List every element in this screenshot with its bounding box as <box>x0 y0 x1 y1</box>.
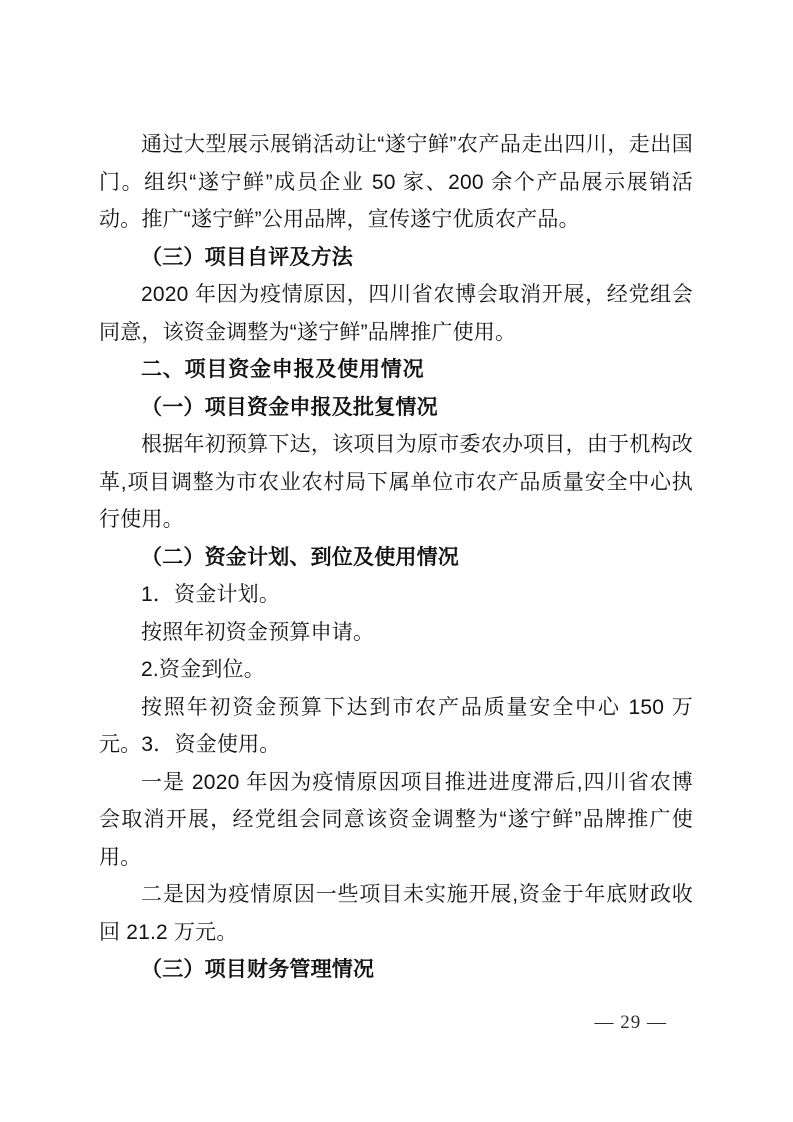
heading-project-self-evaluation: （三）项目自评及方法 <box>99 239 693 277</box>
page-number: — 29 — <box>595 1012 668 1034</box>
paragraph-brand-promotion: 通过大型展示展销活动让“遂宁鲜”农产品走出四川，走出国门。组织“遂宁鲜”成员企业… <box>99 126 693 239</box>
document-page: 通过大型展示展销活动让“遂宁鲜”农产品走出四川，走出国门。组织“遂宁鲜”成员企业… <box>0 0 793 1122</box>
heading-fund-declaration-approval: （一）项目资金申报及批复情况 <box>99 389 693 427</box>
paragraph-budget-allocation: 根据年初预算下达，该项目为原市委农办项目，由于机构改革,项目调整为市农业农村局下… <box>99 426 693 539</box>
paragraph-item-1-fund-plan: 1．资金计划。 <box>99 576 693 614</box>
document-body: 通过大型展示展销活动让“遂宁鲜”农产品走出四川，走出国门。组织“遂宁鲜”成员企业… <box>99 126 693 989</box>
paragraph-budget-application: 按照年初资金预算申请。 <box>99 614 693 652</box>
paragraph-fund-adjustment-reason: 2020 年因为疫情原因，四川省农博会取消开展，经党组会同意，该资金调整为“遂宁… <box>99 276 693 351</box>
paragraph-fund-use-second: 二是因为疫情原因一些项目未实施开展,资金于年底财政收回 21.2 万元。 <box>99 876 693 951</box>
paragraph-item-2-fund-arrival: 2.资金到位。 <box>99 651 693 689</box>
heading-project-financial-management: （三）项目财务管理情况 <box>99 951 693 989</box>
heading-section-2-fund-declaration-usage: 二、项目资金申报及使用情况 <box>99 351 693 389</box>
paragraph-fund-allocation-150: 按照年初资金预算下达到市农产品质量安全中心 150 万元。3．资金使用。 <box>99 689 693 764</box>
paragraph-fund-use-first: 一是 2020 年因为疫情原因项目推进进度滞后,四川省农博会取消开展，经党组会同… <box>99 764 693 877</box>
heading-fund-plan-arrival-usage: （二）资金计划、到位及使用情况 <box>99 539 693 577</box>
